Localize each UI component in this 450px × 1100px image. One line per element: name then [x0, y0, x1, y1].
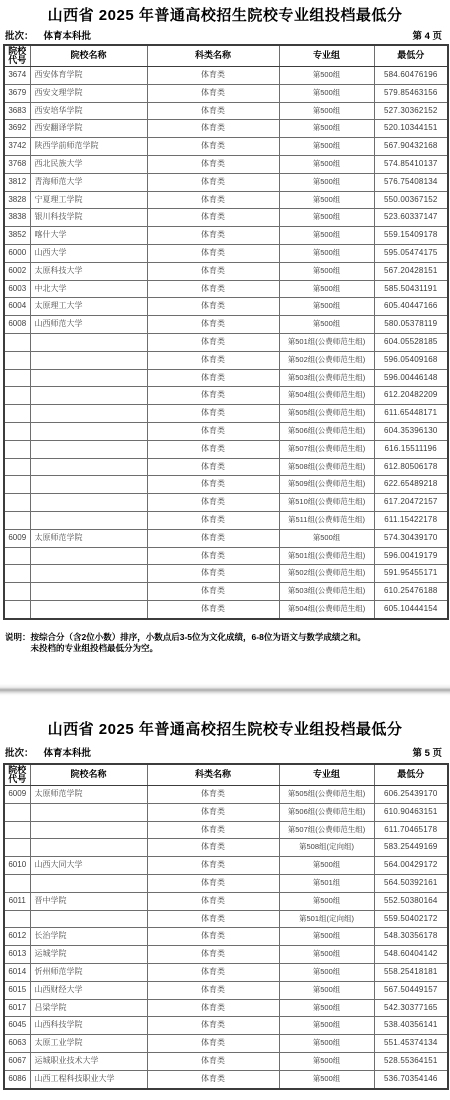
- college-name-cell: [30, 351, 147, 369]
- college-code-cell: 6014: [4, 963, 30, 981]
- table-row: 体育类 第504组(公费师范生组) 612.20482209: [4, 387, 448, 405]
- col-header-category: 科类名称: [147, 764, 279, 786]
- table-row: 6012 长治学院 体育类 第500组 548.30356178: [4, 928, 448, 946]
- major-group-cell: 第504组(公费师范生组): [279, 387, 374, 405]
- major-group-cell: 第500组: [279, 1017, 374, 1035]
- category-cell: 体育类: [147, 333, 279, 351]
- category-cell: 体育类: [147, 786, 279, 804]
- major-group-cell: 第501组(公费师范生组): [279, 547, 374, 565]
- college-code-cell: 6000: [4, 244, 30, 262]
- table-row: 体育类 第501组 564.50392161: [4, 874, 448, 892]
- min-score-cell: 596.00446148: [374, 369, 448, 387]
- batch-line: 批次： 体育本科批 第 4 页: [5, 31, 442, 42]
- college-code-cell: 3838: [4, 209, 30, 227]
- category-cell: 体育类: [147, 910, 279, 928]
- table-row: 3828 宁夏理工学院 体育类 第500组 550.00367152: [4, 191, 448, 209]
- document-page-5: 山西省 2025 年普通高校招生院校专业组投档最低分 批次： 体育本科批 第 5…: [0, 696, 450, 1100]
- college-name-cell: 长治学院: [30, 928, 147, 946]
- college-name-cell: [30, 874, 147, 892]
- min-score-cell: 559.15409178: [374, 227, 448, 245]
- category-cell: 体育类: [147, 102, 279, 120]
- category-cell: 体育类: [147, 138, 279, 156]
- category-cell: 体育类: [147, 529, 279, 547]
- category-cell: 体育类: [147, 547, 279, 565]
- category-cell: 体育类: [147, 440, 279, 458]
- college-name-cell: 太原理工大学: [30, 298, 147, 316]
- min-score-cell: 528.55364151: [374, 1052, 448, 1070]
- college-name-cell: [30, 910, 147, 928]
- major-group-cell: 第500组: [279, 1035, 374, 1053]
- college-code-cell: [4, 351, 30, 369]
- major-group-cell: 第501组: [279, 874, 374, 892]
- category-cell: 体育类: [147, 1017, 279, 1035]
- college-code-cell: 3852: [4, 227, 30, 245]
- college-code-cell: [4, 910, 30, 928]
- table-row: 体育类 第504组(公费师范生组) 605.10444154: [4, 600, 448, 618]
- college-name-cell: 太原工业学院: [30, 1035, 147, 1053]
- college-code-cell: 6010: [4, 857, 30, 875]
- college-code-cell: [4, 494, 30, 512]
- batch-label: 批次：: [5, 748, 34, 759]
- min-score-cell: 612.20482209: [374, 387, 448, 405]
- category-cell: 体育类: [147, 209, 279, 227]
- major-group-cell: 第500组: [279, 999, 374, 1017]
- col-header-group: 专业组: [279, 45, 374, 67]
- table-row: 体育类 第508组(定向组) 583.25449169: [4, 839, 448, 857]
- table-row: 3852 喀什大学 体育类 第500组 559.15409178: [4, 227, 448, 245]
- col-header-code-line2: 代号: [8, 774, 26, 784]
- college-name-cell: 山西师范大学: [30, 316, 147, 334]
- college-name-cell: 山西财经大学: [30, 981, 147, 999]
- page-title: 山西省 2025 年普通高校招生院校专业组投档最低分: [0, 721, 450, 738]
- table-row: 6067 运城职业技术大学 体育类 第500组 528.55364151: [4, 1052, 448, 1070]
- col-header-code-line1: 院校: [8, 765, 26, 775]
- min-score-cell: 567.50449157: [374, 981, 448, 999]
- major-group-cell: 第500组: [279, 1070, 374, 1088]
- college-name-cell: 吕梁学院: [30, 999, 147, 1017]
- category-cell: 体育类: [147, 583, 279, 601]
- col-header-code: 院校代号: [4, 764, 30, 786]
- col-header-code-line1: 院校: [8, 46, 26, 56]
- note-label: 说明：: [5, 632, 31, 655]
- major-group-cell: 第501组(公费师范生组): [279, 333, 374, 351]
- major-group-cell: 第500组: [279, 981, 374, 999]
- major-group-cell: 第500组: [279, 209, 374, 227]
- min-score-cell: 548.30356178: [374, 928, 448, 946]
- college-code-cell: [4, 547, 30, 565]
- college-name-cell: [30, 600, 147, 618]
- major-group-cell: 第505组(公费师范生组): [279, 405, 374, 423]
- table-header-row: 院校代号 院校名称 科类名称 专业组 最低分: [4, 45, 448, 67]
- college-code-cell: 6003: [4, 280, 30, 298]
- min-score-cell: 612.80506178: [374, 458, 448, 476]
- table-row: 3742 陕西学前师范学院 体育类 第500组 567.90432168: [4, 138, 448, 156]
- min-score-cell: 536.70354146: [374, 1070, 448, 1088]
- college-name-cell: 西安翻译学院: [30, 120, 147, 138]
- college-code-cell: 3742: [4, 138, 30, 156]
- table-row: 3683 西安培华学院 体育类 第500组 527.30362152: [4, 102, 448, 120]
- major-group-cell: 第500组: [279, 155, 374, 173]
- major-group-cell: 第507组(公费师范生组): [279, 440, 374, 458]
- table-row: 体育类 第509组(公费师范生组) 622.65489218: [4, 476, 448, 494]
- college-code-cell: 6045: [4, 1017, 30, 1035]
- category-cell: 体育类: [147, 244, 279, 262]
- college-name-cell: 太原师范学院: [30, 529, 147, 547]
- college-code-cell: [4, 458, 30, 476]
- col-header-code-line2: 代号: [8, 55, 26, 65]
- min-score-cell: 584.60476196: [374, 67, 448, 85]
- college-name-cell: [30, 511, 147, 529]
- min-score-cell: 520.10344151: [374, 120, 448, 138]
- score-table-page-5: 院校代号 院校名称 科类名称 专业组 最低分 6009 太原师范学院 体育类 第…: [3, 763, 449, 1090]
- category-cell: 体育类: [147, 1035, 279, 1053]
- college-code-cell: [4, 333, 30, 351]
- min-score-cell: 576.75408134: [374, 173, 448, 191]
- table-row: 3838 银川科技学院 体育类 第500组 523.60337147: [4, 209, 448, 227]
- min-score-cell: 567.90432168: [374, 138, 448, 156]
- college-name-cell: [30, 458, 147, 476]
- category-cell: 体育类: [147, 120, 279, 138]
- min-score-cell: 542.30377165: [374, 999, 448, 1017]
- major-group-cell: 第500组: [279, 1052, 374, 1070]
- col-header-code: 院校代号: [4, 45, 30, 67]
- category-cell: 体育类: [147, 511, 279, 529]
- college-name-cell: [30, 369, 147, 387]
- major-group-cell: 第501组(定向组): [279, 910, 374, 928]
- major-group-cell: 第500组: [279, 173, 374, 191]
- major-group-cell: 第506组(公费师范生组): [279, 803, 374, 821]
- college-name-cell: 运城职业技术大学: [30, 1052, 147, 1070]
- table-row: 6013 运城学院 体育类 第500组 548.60404142: [4, 946, 448, 964]
- major-group-cell: 第500组: [279, 227, 374, 245]
- major-group-cell: 第509组(公费师范生组): [279, 476, 374, 494]
- college-code-cell: [4, 803, 30, 821]
- min-score-cell: 610.90463151: [374, 803, 448, 821]
- college-name-cell: [30, 583, 147, 601]
- college-name-cell: [30, 803, 147, 821]
- table-row: 体育类 第501组(公费师范生组) 596.00419179: [4, 547, 448, 565]
- col-header-name: 院校名称: [30, 764, 147, 786]
- college-name-cell: 山西大学: [30, 244, 147, 262]
- category-cell: 体育类: [147, 1052, 279, 1070]
- college-name-cell: 青海师范大学: [30, 173, 147, 191]
- table-row: 6086 山西工程科技职业大学 体育类 第500组 536.70354146: [4, 1070, 448, 1088]
- college-name-cell: [30, 494, 147, 512]
- min-score-cell: 596.05409168: [374, 351, 448, 369]
- college-code-cell: [4, 422, 30, 440]
- college-code-cell: 6013: [4, 946, 30, 964]
- college-name-cell: 西安文理学院: [30, 84, 147, 102]
- table-row: 6000 山西大学 体育类 第500组 595.05474175: [4, 244, 448, 262]
- college-name-cell: 西安体育学院: [30, 67, 147, 85]
- table-row: 体育类 第507组(公费师范生组) 616.15511196: [4, 440, 448, 458]
- major-group-cell: 第502组(公费师范生组): [279, 565, 374, 583]
- category-cell: 体育类: [147, 857, 279, 875]
- college-code-cell: 6017: [4, 999, 30, 1017]
- table-row: 6010 山西大同大学 体育类 第500组 564.00429172: [4, 857, 448, 875]
- table-row: 6014 忻州师范学院 体育类 第500组 558.25418181: [4, 963, 448, 981]
- note-line-1: 按综合分（含2位小数）排序，小数点后3-5位为文化成绩，6-8位为语文与数学成绩…: [31, 632, 444, 644]
- major-group-cell: 第500组: [279, 529, 374, 547]
- major-group-cell: 第500组: [279, 67, 374, 85]
- table-row: 6009 太原师范学院 体育类 第500组 574.30439170: [4, 529, 448, 547]
- college-code-cell: 6086: [4, 1070, 30, 1088]
- college-name-cell: [30, 440, 147, 458]
- major-group-cell: 第510组(公费师范生组): [279, 494, 374, 512]
- college-name-cell: [30, 422, 147, 440]
- major-group-cell: 第500组: [279, 191, 374, 209]
- min-score-cell: 583.25449169: [374, 839, 448, 857]
- table-row: 6004 太原理工大学 体育类 第500组 605.40447166: [4, 298, 448, 316]
- major-group-cell: 第500组: [279, 316, 374, 334]
- batch-value: 体育本科批: [44, 748, 92, 759]
- min-score-cell: 604.35396130: [374, 422, 448, 440]
- min-score-cell: 596.00419179: [374, 547, 448, 565]
- table-row: 体育类 第506组(公费师范生组) 610.90463151: [4, 803, 448, 821]
- score-table-page-4: 院校代号 院校名称 科类名称 专业组 最低分 3674 西安体育学院 体育类 第…: [3, 44, 449, 620]
- category-cell: 体育类: [147, 369, 279, 387]
- category-cell: 体育类: [147, 821, 279, 839]
- college-name-cell: 中北大学: [30, 280, 147, 298]
- college-name-cell: 陕西学前师范学院: [30, 138, 147, 156]
- category-cell: 体育类: [147, 803, 279, 821]
- category-cell: 体育类: [147, 981, 279, 999]
- college-name-cell: [30, 476, 147, 494]
- min-score-cell: 574.85410137: [374, 155, 448, 173]
- college-name-cell: [30, 387, 147, 405]
- table-row: 体育类 第507组(公费师范生组) 611.70465178: [4, 821, 448, 839]
- min-score-cell: 538.40356141: [374, 1017, 448, 1035]
- major-group-cell: 第508组(公费师范生组): [279, 458, 374, 476]
- table-row: 3679 西安文理学院 体育类 第500组 579.85463156: [4, 84, 448, 102]
- table-row: 体育类 第508组(公费师范生组) 612.80506178: [4, 458, 448, 476]
- min-score-cell: 616.15511196: [374, 440, 448, 458]
- min-score-cell: 552.50380164: [374, 892, 448, 910]
- category-cell: 体育类: [147, 191, 279, 209]
- college-code-cell: 6008: [4, 316, 30, 334]
- college-name-cell: 山西大同大学: [30, 857, 147, 875]
- major-group-cell: 第504组(公费师范生组): [279, 600, 374, 618]
- category-cell: 体育类: [147, 351, 279, 369]
- category-cell: 体育类: [147, 946, 279, 964]
- college-code-cell: 3683: [4, 102, 30, 120]
- table-row: 体育类 第506组(公费师范生组) 604.35396130: [4, 422, 448, 440]
- table-row: 体育类 第510组(公费师范生组) 617.20472157: [4, 494, 448, 512]
- table-row: 体育类 第503组(公费师范生组) 596.00446148: [4, 369, 448, 387]
- col-header-name: 院校名称: [30, 45, 147, 67]
- college-code-cell: 6009: [4, 786, 30, 804]
- category-cell: 体育类: [147, 67, 279, 85]
- category-cell: 体育类: [147, 999, 279, 1017]
- category-cell: 体育类: [147, 963, 279, 981]
- college-code-cell: 3692: [4, 120, 30, 138]
- category-cell: 体育类: [147, 494, 279, 512]
- table-row: 3768 西北民族大学 体育类 第500组 574.85410137: [4, 155, 448, 173]
- college-code-cell: [4, 405, 30, 423]
- major-group-cell: 第500组: [279, 298, 374, 316]
- college-name-cell: 宁夏理工学院: [30, 191, 147, 209]
- table-header-row: 院校代号 院校名称 科类名称 专业组 最低分: [4, 764, 448, 786]
- major-group-cell: 第502组(公费师范生组): [279, 351, 374, 369]
- college-name-cell: [30, 405, 147, 423]
- category-cell: 体育类: [147, 262, 279, 280]
- category-cell: 体育类: [147, 227, 279, 245]
- min-score-cell: 558.25418181: [374, 963, 448, 981]
- college-code-cell: 6012: [4, 928, 30, 946]
- page-separator: [0, 684, 450, 696]
- college-code-cell: [4, 583, 30, 601]
- college-code-cell: 3674: [4, 67, 30, 85]
- major-group-cell: 第511组(公费师范生组): [279, 511, 374, 529]
- major-group-cell: 第500组: [279, 963, 374, 981]
- college-name-cell: 山西工程科技职业大学: [30, 1070, 147, 1088]
- min-score-cell: 610.25476188: [374, 583, 448, 601]
- batch-line: 批次： 体育本科批 第 5 页: [5, 748, 442, 759]
- category-cell: 体育类: [147, 600, 279, 618]
- min-score-cell: 551.45374134: [374, 1035, 448, 1053]
- col-header-category: 科类名称: [147, 45, 279, 67]
- page-title: 山西省 2025 年普通高校招生院校专业组投档最低分: [0, 7, 450, 24]
- table-row: 体育类 第505组(公费师范生组) 611.65448171: [4, 405, 448, 423]
- table-row: 体育类 第503组(公费师范生组) 610.25476188: [4, 583, 448, 601]
- college-name-cell: 银川科技学院: [30, 209, 147, 227]
- col-header-score: 最低分: [374, 45, 448, 67]
- category-cell: 体育类: [147, 1070, 279, 1088]
- category-cell: 体育类: [147, 173, 279, 191]
- college-code-cell: 6011: [4, 892, 30, 910]
- table-row: 体育类 第501组(定向组) 559.50402172: [4, 910, 448, 928]
- category-cell: 体育类: [147, 874, 279, 892]
- major-group-cell: 第500组: [279, 946, 374, 964]
- category-cell: 体育类: [147, 458, 279, 476]
- major-group-cell: 第500组: [279, 928, 374, 946]
- table-row: 体育类 第502组(公费师范生组) 591.95455171: [4, 565, 448, 583]
- major-group-cell: 第500组: [279, 138, 374, 156]
- min-score-cell: 548.60404142: [374, 946, 448, 964]
- table-row: 体育类 第501组(公费师范生组) 604.05528185: [4, 333, 448, 351]
- table-row: 体育类 第511组(公费师范生组) 611.15422178: [4, 511, 448, 529]
- college-code-cell: 3679: [4, 84, 30, 102]
- col-header-score: 最低分: [374, 764, 448, 786]
- category-cell: 体育类: [147, 316, 279, 334]
- college-name-cell: [30, 547, 147, 565]
- category-cell: 体育类: [147, 155, 279, 173]
- college-code-cell: 3768: [4, 155, 30, 173]
- min-score-cell: 611.70465178: [374, 821, 448, 839]
- major-group-cell: 第500组: [279, 244, 374, 262]
- major-group-cell: 第505组(公费师范生组): [279, 786, 374, 804]
- document-page-4: 山西省 2025 年普通高校招生院校专业组投档最低分 批次： 体育本科批 第 4…: [0, 0, 450, 684]
- table-row: 6011 晋中学院 体育类 第500组 552.50380164: [4, 892, 448, 910]
- min-score-cell: 559.50402172: [374, 910, 448, 928]
- category-cell: 体育类: [147, 892, 279, 910]
- table-row: 6063 太原工业学院 体育类 第500组 551.45374134: [4, 1035, 448, 1053]
- college-name-cell: [30, 839, 147, 857]
- min-score-cell: 622.65489218: [374, 476, 448, 494]
- college-code-cell: 3812: [4, 173, 30, 191]
- category-cell: 体育类: [147, 565, 279, 583]
- category-cell: 体育类: [147, 298, 279, 316]
- college-name-cell: [30, 565, 147, 583]
- college-code-cell: [4, 565, 30, 583]
- min-score-cell: 611.65448171: [374, 405, 448, 423]
- college-code-cell: 6004: [4, 298, 30, 316]
- table-row: 6009 太原师范学院 体育类 第505组(公费师范生组) 606.254391…: [4, 786, 448, 804]
- major-group-cell: 第506组(公费师范生组): [279, 422, 374, 440]
- table-row: 体育类 第502组(公费师范生组) 596.05409168: [4, 351, 448, 369]
- college-code-cell: [4, 600, 30, 618]
- min-score-cell: 564.50392161: [374, 874, 448, 892]
- min-score-cell: 523.60337147: [374, 209, 448, 227]
- major-group-cell: 第500组: [279, 280, 374, 298]
- major-group-cell: 第503组(公费师范生组): [279, 369, 374, 387]
- min-score-cell: 604.05528185: [374, 333, 448, 351]
- note-line-2: 未投档的专业组投档最低分为空。: [31, 643, 444, 655]
- college-name-cell: 忻州师范学院: [30, 963, 147, 981]
- college-code-cell: [4, 839, 30, 857]
- college-name-cell: 运城学院: [30, 946, 147, 964]
- category-cell: 体育类: [147, 476, 279, 494]
- min-score-cell: 579.85463156: [374, 84, 448, 102]
- college-name-cell: [30, 333, 147, 351]
- college-code-cell: 6002: [4, 262, 30, 280]
- min-score-cell: 567.20428151: [374, 262, 448, 280]
- major-group-cell: 第500组: [279, 102, 374, 120]
- min-score-cell: 580.05378119: [374, 316, 448, 334]
- table-row: 3692 西安翻译学院 体育类 第500组 520.10344151: [4, 120, 448, 138]
- category-cell: 体育类: [147, 839, 279, 857]
- batch-label: 批次：: [5, 31, 34, 42]
- major-group-cell: 第500组: [279, 262, 374, 280]
- college-code-cell: [4, 369, 30, 387]
- major-group-cell: 第500组: [279, 892, 374, 910]
- min-score-cell: 550.00367152: [374, 191, 448, 209]
- table-row: 6008 山西师范大学 体育类 第500组 580.05378119: [4, 316, 448, 334]
- major-group-cell: 第507组(公费师范生组): [279, 821, 374, 839]
- major-group-cell: 第500组: [279, 120, 374, 138]
- college-name-cell: 太原科技大学: [30, 262, 147, 280]
- category-cell: 体育类: [147, 84, 279, 102]
- table-row: 6003 中北大学 体育类 第500组 585.50431191: [4, 280, 448, 298]
- min-score-cell: 527.30362152: [374, 102, 448, 120]
- major-group-cell: 第500组: [279, 857, 374, 875]
- college-name-cell: 晋中学院: [30, 892, 147, 910]
- category-cell: 体育类: [147, 928, 279, 946]
- college-code-cell: 3828: [4, 191, 30, 209]
- table-row: 6015 山西财经大学 体育类 第500组 567.50449157: [4, 981, 448, 999]
- explanation-note: 说明： 按综合分（含2位小数）排序，小数点后3-5位为文化成绩，6-8位为语文与…: [5, 632, 444, 655]
- college-code-cell: [4, 440, 30, 458]
- min-score-cell: 574.30439170: [374, 529, 448, 547]
- college-code-cell: [4, 476, 30, 494]
- table-row: 6045 山西科技学院 体育类 第500组 538.40356141: [4, 1017, 448, 1035]
- table-row: 6017 吕梁学院 体育类 第500组 542.30377165: [4, 999, 448, 1017]
- note-body: 按综合分（含2位小数）排序，小数点后3-5位为文化成绩，6-8位为语文与数学成绩…: [31, 632, 444, 655]
- college-code-cell: [4, 387, 30, 405]
- college-name-cell: 西安培华学院: [30, 102, 147, 120]
- college-code-cell: 6015: [4, 981, 30, 999]
- category-cell: 体育类: [147, 405, 279, 423]
- college-code-cell: [4, 874, 30, 892]
- min-score-cell: 611.15422178: [374, 511, 448, 529]
- college-name-cell: [30, 821, 147, 839]
- college-code-cell: [4, 821, 30, 839]
- college-code-cell: [4, 511, 30, 529]
- min-score-cell: 591.95455171: [374, 565, 448, 583]
- major-group-cell: 第500组: [279, 84, 374, 102]
- page-number: 第 4 页: [412, 31, 442, 42]
- college-name-cell: 喀什大学: [30, 227, 147, 245]
